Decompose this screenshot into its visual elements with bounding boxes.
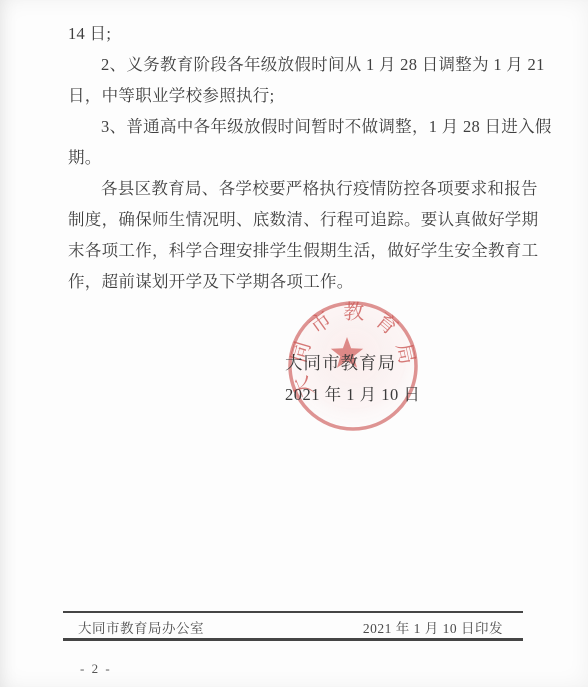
body-line: 制度，确保师生情况明、底数清、行程可追踪。要认真做好学期 (68, 204, 530, 235)
body-line: 3、普通高中各年级放假时间暂时不做调整，1 月 28 日进入假 (68, 111, 530, 142)
body-line: 14 日; (68, 18, 530, 49)
body-line: 日，中等职业学校参照执行; (68, 80, 530, 111)
signature-date: 2021 年 1 月 10 日 (285, 381, 420, 405)
body-line: 作，超前谋划开学及下学期各项工作。 (68, 266, 530, 297)
body-line: 期。 (68, 142, 530, 173)
body-line: 各县区教育局、各学校要严格执行疫情防控各项要求和报告 (68, 173, 530, 204)
page-number: - 2 - (80, 661, 112, 677)
footer-issue-date: 2021 年 1 月 10 日印发 (363, 617, 523, 637)
body-text: 14 日; 2、义务教育阶段各年级放假时间从 1 月 28 日调整为 1 月 2… (68, 18, 530, 297)
footer-rule-top (63, 611, 523, 613)
footer-row: 大同市教育局办公室 2021 年 1 月 10 日印发 (63, 616, 523, 638)
signature-org: 大同市教育局 (285, 350, 396, 375)
body-line: 2、义务教育阶段各年级放假时间从 1 月 28 日调整为 1 月 21 (68, 49, 530, 80)
footer-rule-bottom (63, 638, 523, 641)
document-page: 14 日; 2、义务教育阶段各年级放假时间从 1 月 28 日调整为 1 月 2… (0, 0, 588, 687)
body-line: 末各项工作，科学合理安排学生假期生活，做好学生安全教育工 (68, 235, 530, 266)
footer-office: 大同市教育局办公室 (63, 617, 204, 637)
